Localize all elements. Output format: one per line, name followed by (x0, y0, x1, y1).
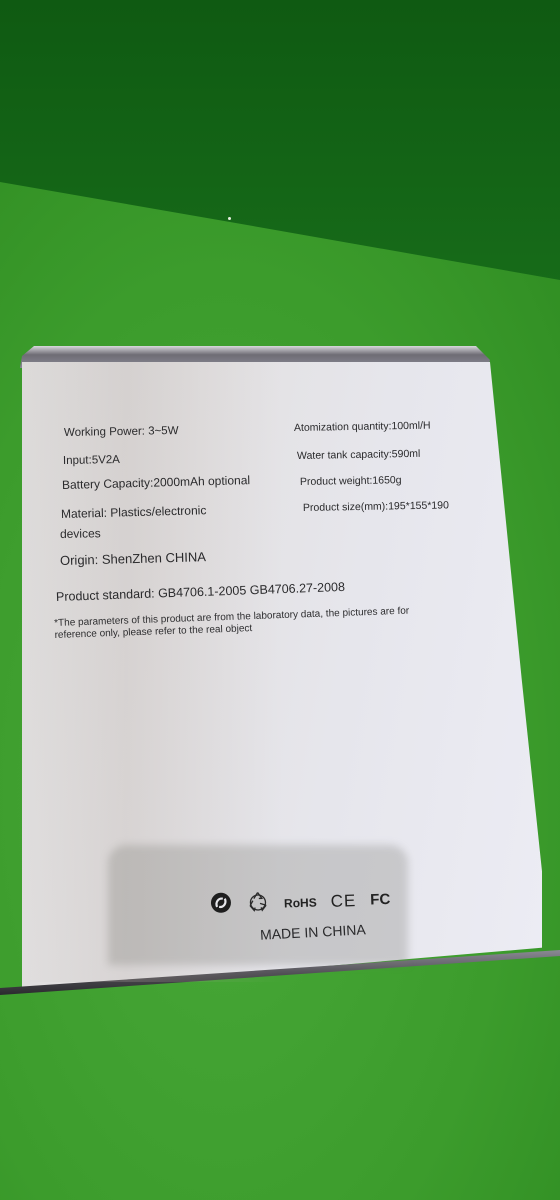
label-content: Working Power: 3~5W Input:5V2A Battery C… (0, 0, 560, 1200)
spec-atomization: Atomization quantity:100ml/H (294, 420, 431, 434)
disclaimer: *The parameters of this product are from… (54, 603, 475, 642)
spec-working-power: Working Power: 3~5W (64, 425, 179, 439)
spec-material: Material: Plastics/electronic (61, 503, 207, 521)
spec-weight: Product weight:1650g (300, 474, 402, 488)
made-in-label: MADE IN CHINA (260, 921, 366, 943)
spec-size: Product size(mm):195*155*190 (303, 499, 449, 514)
product-standard: Product standard: GB4706.1-2005 GB4706.2… (56, 580, 345, 604)
spec-water-tank: Water tank capacity:590ml (297, 448, 421, 462)
ce-mark: CE (330, 891, 356, 912)
spec-material-cont: devices (60, 526, 101, 541)
spec-battery-capacity: Battery Capacity:2000mAh optional (62, 473, 250, 492)
rohs-mark: RoHS (284, 895, 317, 910)
surface-speck (228, 217, 231, 220)
certification-marks: RoHS CE FC (210, 885, 391, 920)
green-dot-recycling-icon (210, 891, 233, 919)
fc-mark: FC (370, 891, 391, 909)
recycle-icon (246, 889, 271, 919)
spec-input: Input:5V2A (63, 454, 120, 467)
spec-origin: Origin: ShenZhen CHINA (60, 549, 206, 568)
